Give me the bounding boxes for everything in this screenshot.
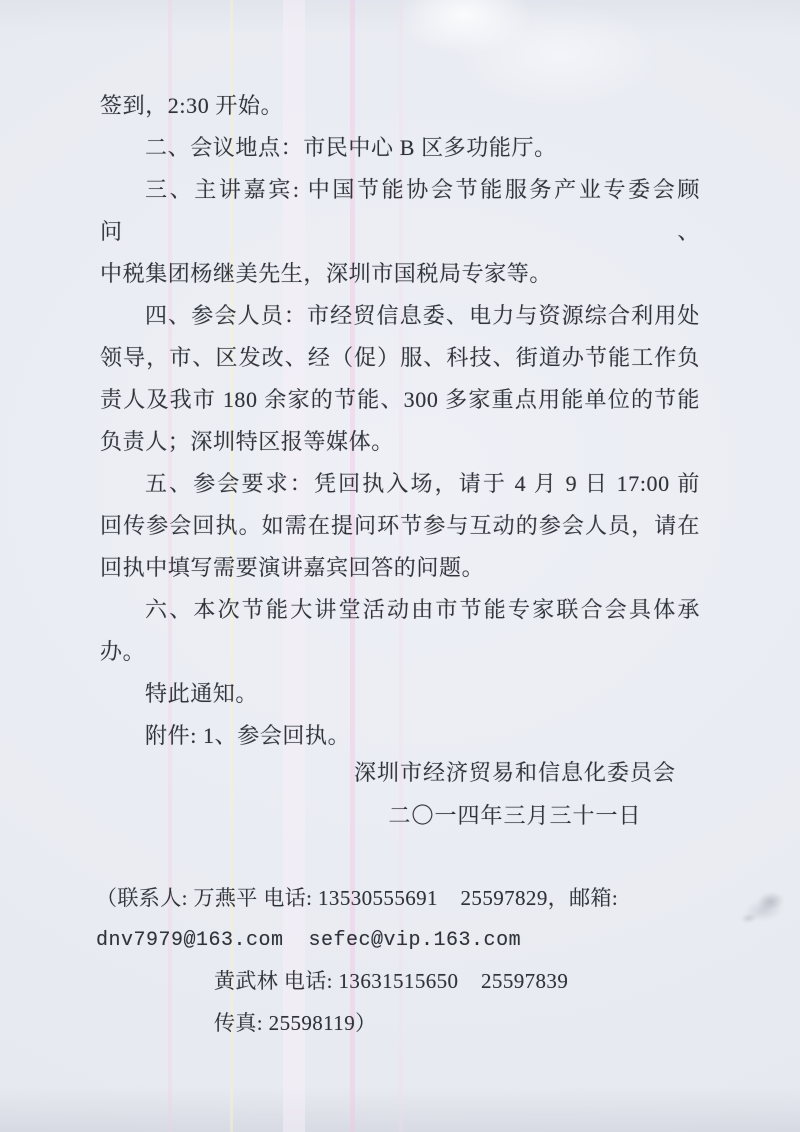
issuing-organization: 深圳市经济贸易和信息化委员会 — [315, 751, 715, 794]
contact-line: （联系人: 万燕平 电话: 13530555691 25597829，邮箱: — [96, 878, 721, 920]
body-line: 签到，2:30 开始。 — [100, 85, 700, 127]
body-line: 中税集团杨继美先生，深圳市国税局专家等。 — [100, 253, 700, 295]
body-line: 四、参会人员：市经贸信息委、电力与资源综合利用处 — [100, 295, 700, 337]
body-line: 二、会议地点：市民中心 B 区多功能厅。 — [100, 127, 700, 169]
body-line: 领导，市、区发改、经（促）服、科技、街道办节能工作负 — [100, 337, 700, 379]
signature-block: 深圳市经济贸易和信息化委员会 二〇一四年三月三十一日 — [315, 751, 715, 837]
contact-block: （联系人: 万燕平 电话: 13530555691 25597829，邮箱:dn… — [96, 878, 721, 1044]
body-line: 负责人；深圳特区报等媒体。 — [100, 421, 700, 463]
body-line: 特此通知。 — [100, 673, 700, 715]
scan-smudge — [730, 876, 798, 932]
scanned-notice-page: 签到，2:30 开始。二、会议地点：市民中心 B 区多功能厅。三、主讲嘉宾: 中… — [0, 0, 800, 1132]
notice-body: 签到，2:30 开始。二、会议地点：市民中心 B 区多功能厅。三、主讲嘉宾: 中… — [100, 85, 700, 757]
issue-date: 二〇一四年三月三十一日 — [315, 794, 715, 837]
body-line: 办。 — [100, 631, 700, 673]
body-line: 五、参会要求：凭回执入场，请于 4 月 9 日 17:00 前 — [100, 463, 700, 505]
body-line: 回传参会回执。如需在提问环节参与互动的参会人员，请在 — [100, 505, 700, 547]
contact-line: 黄武林 电话: 13631515650 25597839 — [96, 961, 721, 1003]
body-line: 回执中填写需要演讲嘉宾回答的问题。 — [100, 547, 700, 589]
body-line: 三、主讲嘉宾: 中国节能协会节能服务产业专委会顾问、 — [100, 169, 700, 253]
body-line: 责人及我市 180 余家的节能、300 多家重点用能单位的节能 — [100, 379, 700, 421]
body-line: 六、本次节能大讲堂活动由市节能专家联合会具体承 — [100, 589, 700, 631]
contact-line: dnv7979@163.com sefec@vip.163.com — [96, 920, 721, 962]
contact-line: 传真: 25598119） — [96, 1003, 721, 1045]
